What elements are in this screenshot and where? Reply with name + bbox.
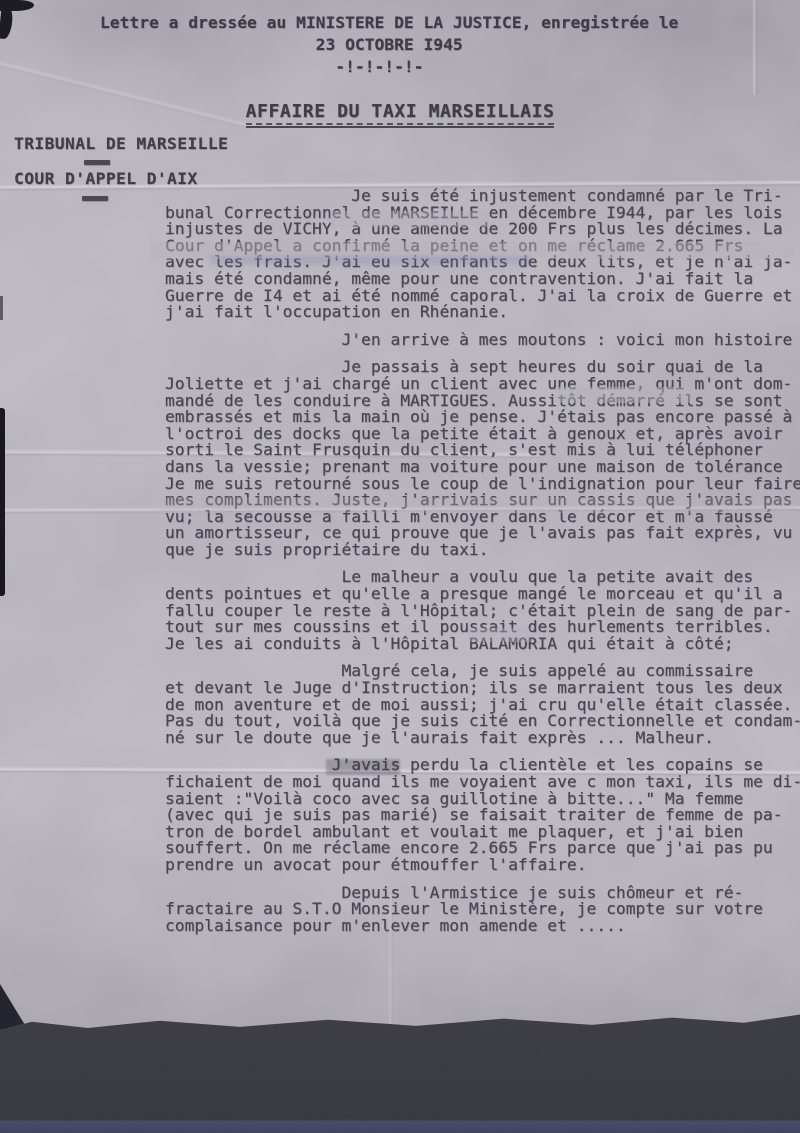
scanned-letter-page: Lettre a dressée au MINISTERE DE LA JUST… xyxy=(0,0,800,1133)
edge-ink-streak xyxy=(0,296,3,320)
paragraph-7: Depuis l'Armistice je suis chômeur et ré… xyxy=(165,885,800,935)
paragraph-2: J'en arrive à mes moutons : voici mon hi… xyxy=(165,332,800,349)
corner-shadow-wedge xyxy=(0,984,28,1030)
paragraph-1: Je suis été injustement condamné par le … xyxy=(165,188,800,321)
paragraph-3: Je passais à sept heures du soir quai de… xyxy=(165,359,800,558)
appel-underline-dash xyxy=(82,196,108,201)
letter-paper: Lettre a dressée au MINISTERE DE LA JUST… xyxy=(0,0,800,1030)
court-line-tribunal: TRIBUNAL DE MARSEILLE xyxy=(14,134,228,153)
letter-body: Je suis été injustement condamné par le … xyxy=(165,188,800,945)
tribunal-underline-dash xyxy=(84,160,110,165)
header-line-2: 23 OCTOBRE I945 xyxy=(100,35,463,54)
header-line-1: Lettre a dressée au MINISTERE DE LA JUST… xyxy=(100,13,678,32)
scanner-bottom-strip xyxy=(0,1119,800,1133)
header-separator: -!-!-!-!- xyxy=(100,57,424,76)
paragraph-4: Le malheur a voulu que la petite avait d… xyxy=(165,569,800,652)
paragraph-5: Malgré cela, je suis appelé au commissai… xyxy=(165,663,800,746)
page-title: AFFAIRE DU TAXI MARSEILLAIS xyxy=(246,101,555,128)
letter-header: Lettre a dressée au MINISTERE DE LA JUST… xyxy=(100,12,678,77)
edge-ink-streak xyxy=(0,408,5,596)
title-row: AFFAIRE DU TAXI MARSEILLAIS xyxy=(0,101,800,128)
crease-fold-vertical xyxy=(752,0,758,95)
paragraph-6: J'avais perdu la clientèle et les copain… xyxy=(165,757,800,873)
ink-blot xyxy=(0,6,14,39)
